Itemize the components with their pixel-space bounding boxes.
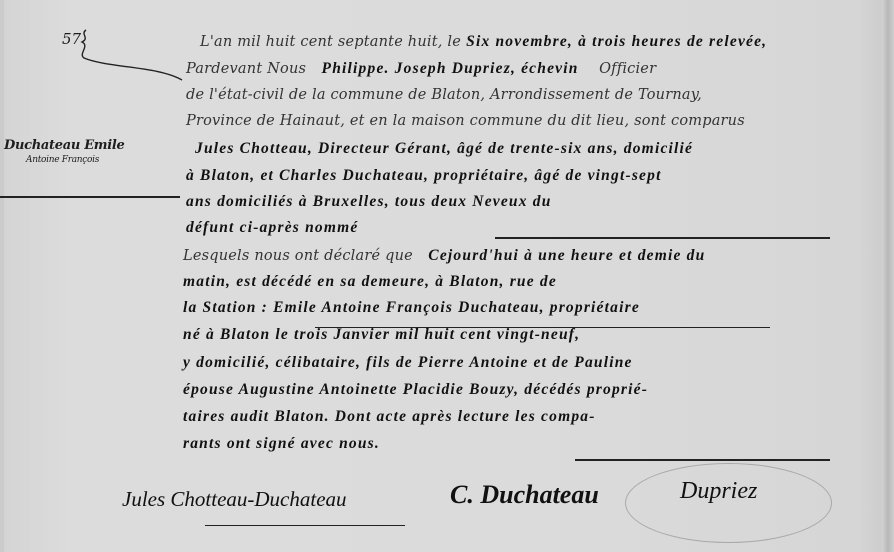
record-line-14: épouse Augustine Antoinette Placidie Bou… xyxy=(183,380,648,399)
record-line-2: Pardevant Nous Philippe. Joseph Dupriez,… xyxy=(186,59,656,78)
record-line-6: à Blaton, et Charles Duchateau, propriét… xyxy=(186,166,662,185)
margin-note: Duchateau Emile Antoine François xyxy=(4,138,125,165)
margin-note-middle-names: Antoine François xyxy=(26,155,125,165)
signature-chotteau-duchateau: Jules Chotteau-Duchateau xyxy=(122,487,347,512)
record-line-16: rants ont signé avec nous. xyxy=(183,434,380,453)
page-edge-right xyxy=(882,0,894,552)
record-line-12: né à Blaton le trois Janvier mil huit ce… xyxy=(183,325,580,344)
signature-underline xyxy=(205,525,405,526)
record-line-11: la Station : Emile Antoine François Duch… xyxy=(183,298,640,317)
record-line-8: défunt ci-après nommé xyxy=(186,218,358,237)
closing-rule xyxy=(575,459,830,461)
record-line-7: ans domiciliés à Bruxelles, tous deux Ne… xyxy=(186,192,552,211)
record-line-15: taires audit Blaton. Dont acte après lec… xyxy=(183,407,596,426)
margin-rule xyxy=(0,196,180,198)
page-edge-left xyxy=(0,0,4,552)
line-filler-rule xyxy=(495,237,830,239)
signature-flourish-oval xyxy=(625,463,832,543)
register-page: 57 Duchateau Emile Antoine François L'an… xyxy=(0,0,894,552)
record-line-1: L'an mil huit cent septante huit, le Six… xyxy=(200,32,767,51)
record-line-10: matin, est décédé en sa demeure, à Blato… xyxy=(183,272,557,291)
record-line-4: Province de Hainaut, et en la maison com… xyxy=(186,111,745,129)
record-line-13: y domicilié, célibataire, fils de Pierre… xyxy=(183,353,633,372)
margin-note-name: Duchateau Emile xyxy=(4,138,125,153)
signature-c-duchateau: C. Duchateau xyxy=(450,480,599,510)
record-line-9: Lesquels nous ont déclaré que Cejourd'hu… xyxy=(183,246,705,265)
act-number-flourish xyxy=(78,28,188,83)
record-line-3: de l'état-civil de la commune de Blaton,… xyxy=(186,85,702,103)
record-line-5: Jules Chotteau, Directeur Gérant, âgé de… xyxy=(195,139,693,158)
